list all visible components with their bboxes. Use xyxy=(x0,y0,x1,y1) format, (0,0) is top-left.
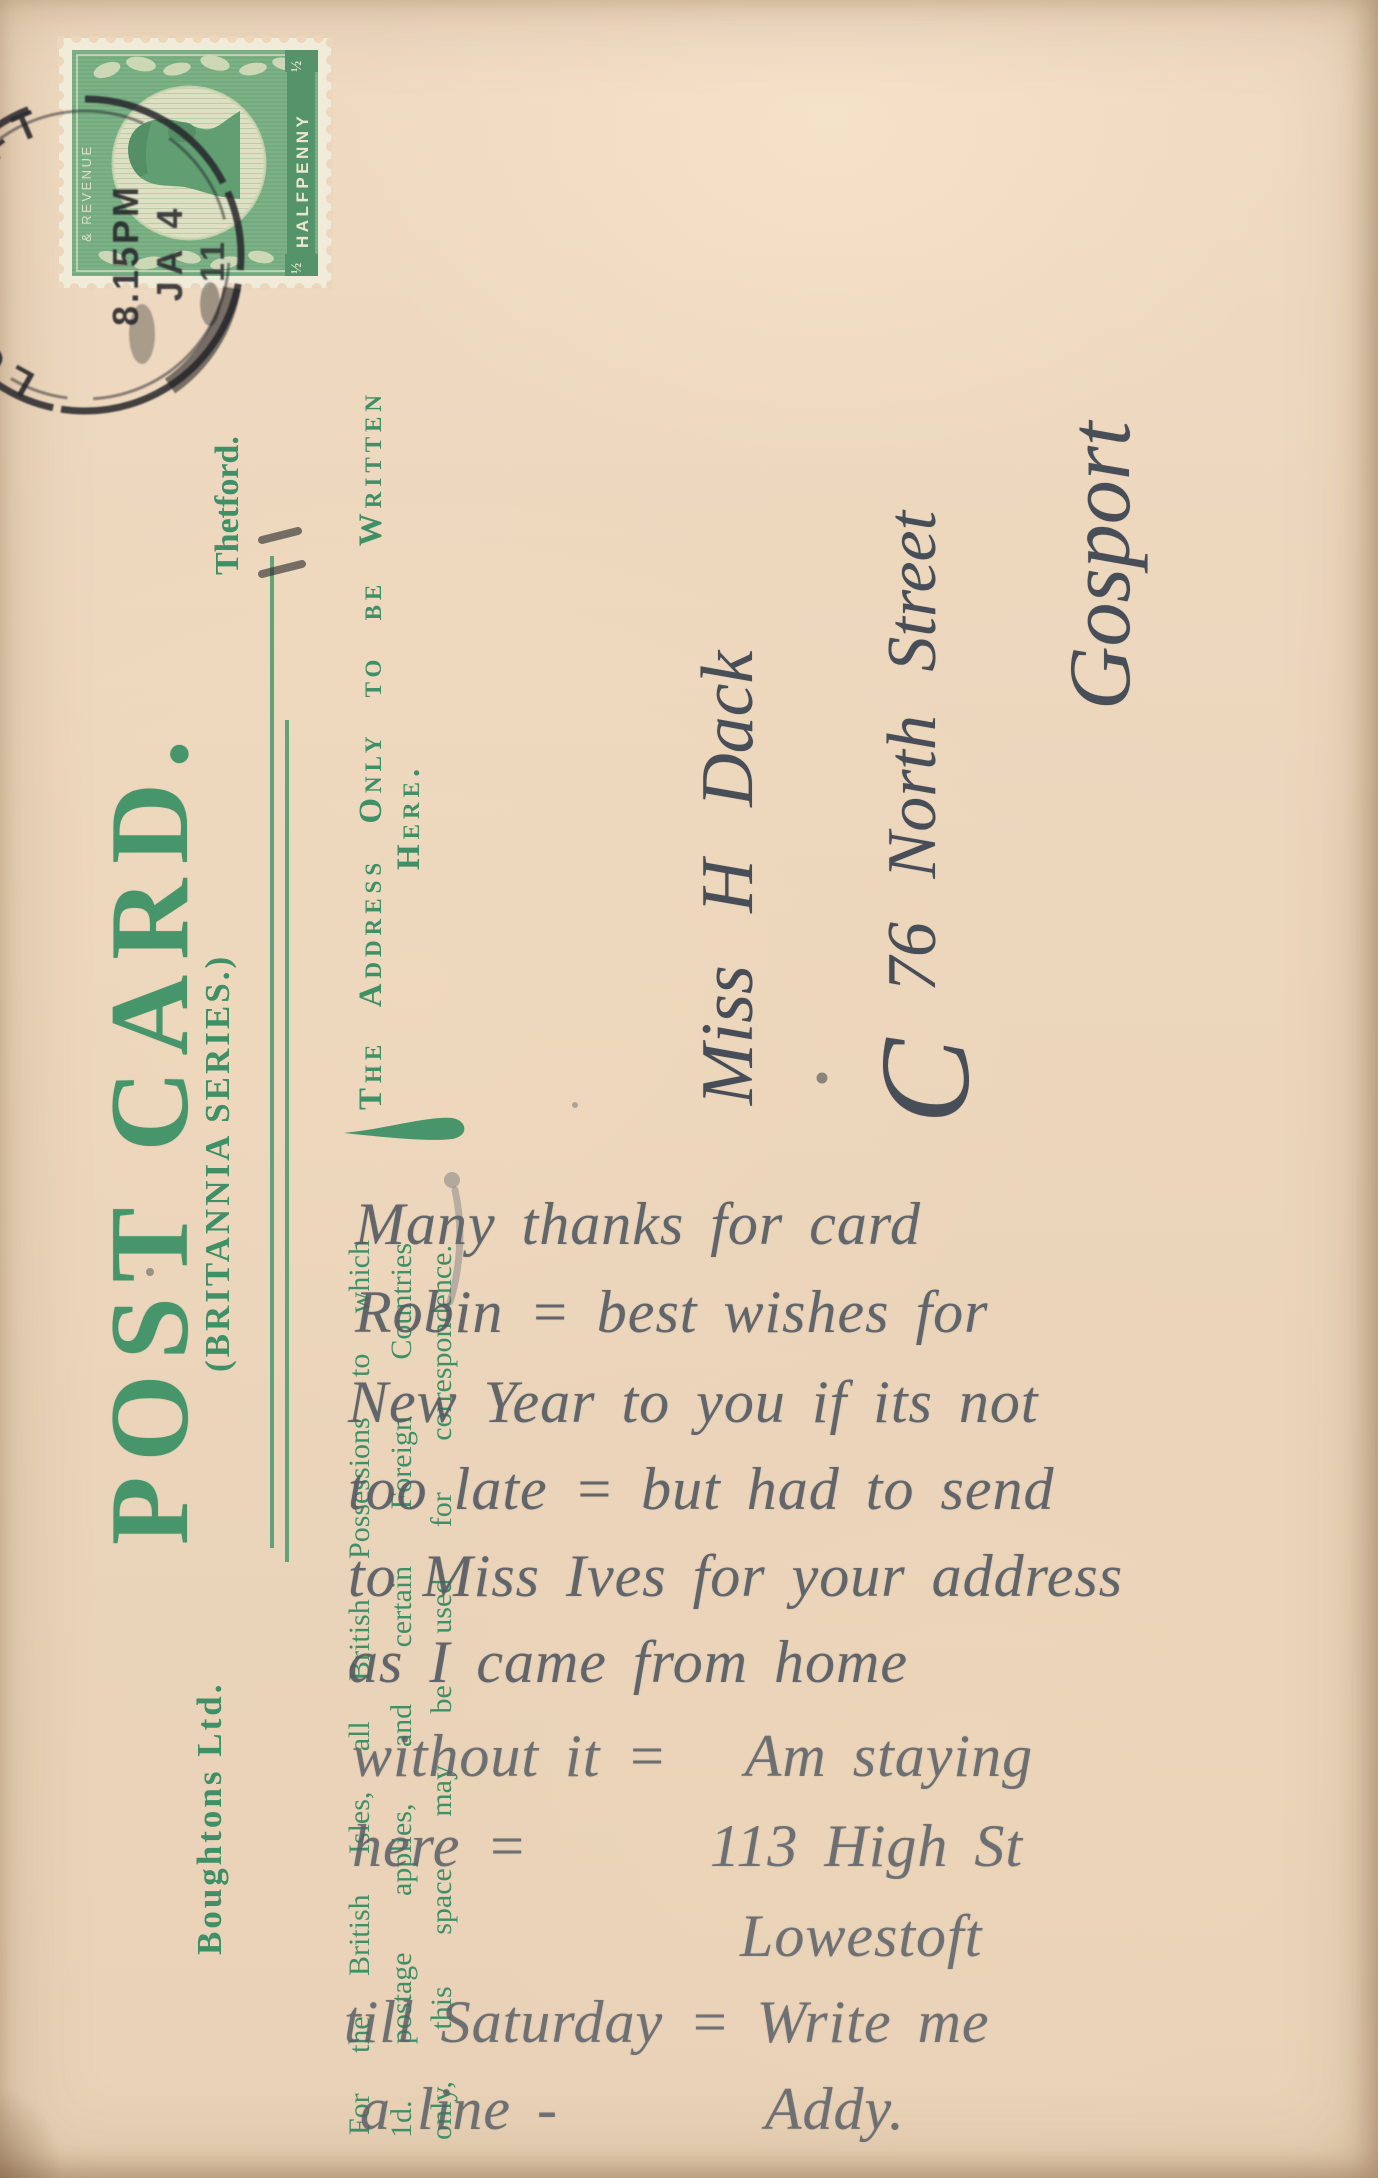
postcard-title: POST CARD. xyxy=(92,745,207,1545)
stamp-inscription: & REVENUE xyxy=(79,144,94,242)
postcard-back: & REVENUE ½ ½ HALFPENNY POST CARD. (BRIT… xyxy=(0,0,1378,2178)
address-name: Miss H Dack xyxy=(690,395,865,1105)
divider-tick xyxy=(344,1118,464,1140)
svg-text:LOWESTOFT: LOWESTOFT xyxy=(0,100,53,404)
stray-cancel-marks xyxy=(262,531,302,574)
message-line: Robin = best wishes for xyxy=(355,1278,989,1347)
message-line: New Year to you if its not xyxy=(348,1368,1039,1437)
message-line: here = 113 High St xyxy=(352,1812,1023,1881)
divider-rule-long xyxy=(270,556,274,1548)
message-line: till Saturday = Write me xyxy=(344,1988,990,2057)
message-line: a line - Addy. xyxy=(360,2075,905,2144)
address-instruction-line1: The Address Only to be Written xyxy=(354,390,396,1110)
stamp-value-bottom: ½ xyxy=(289,61,305,72)
postmark-town: LOWESTOFT xyxy=(0,100,53,404)
worn-corner xyxy=(0,2058,70,2178)
message-line: too late = but had to send xyxy=(348,1455,1054,1524)
address-town: Gosport xyxy=(1055,230,1245,710)
stamp-graphic: & REVENUE ½ ½ HALFPENNY xyxy=(57,36,333,290)
address-street: 76 North Street xyxy=(876,202,1026,992)
location-label: Thetford. xyxy=(210,425,250,575)
postage-stamp: & REVENUE ½ ½ HALFPENNY xyxy=(57,36,333,290)
message-line: Lowestoft xyxy=(740,1902,982,1971)
message-line: without it = Am staying xyxy=(352,1722,1033,1791)
address-instruction-line2: Here. xyxy=(392,735,432,870)
message-line: as I came from home xyxy=(348,1628,908,1697)
series-label: (BRITANNIA SERIES.) xyxy=(200,904,246,1372)
stamp-denomination: HALFPENNY xyxy=(293,113,312,248)
stamp-value-top: ½ xyxy=(289,263,305,274)
divider-rule-short xyxy=(285,720,289,1562)
publisher-label: Boughtons Ltd. xyxy=(192,1625,232,1955)
message-line: Many thanks for card xyxy=(355,1190,921,1259)
message-line: to Miss Ives for your address xyxy=(348,1542,1123,1611)
